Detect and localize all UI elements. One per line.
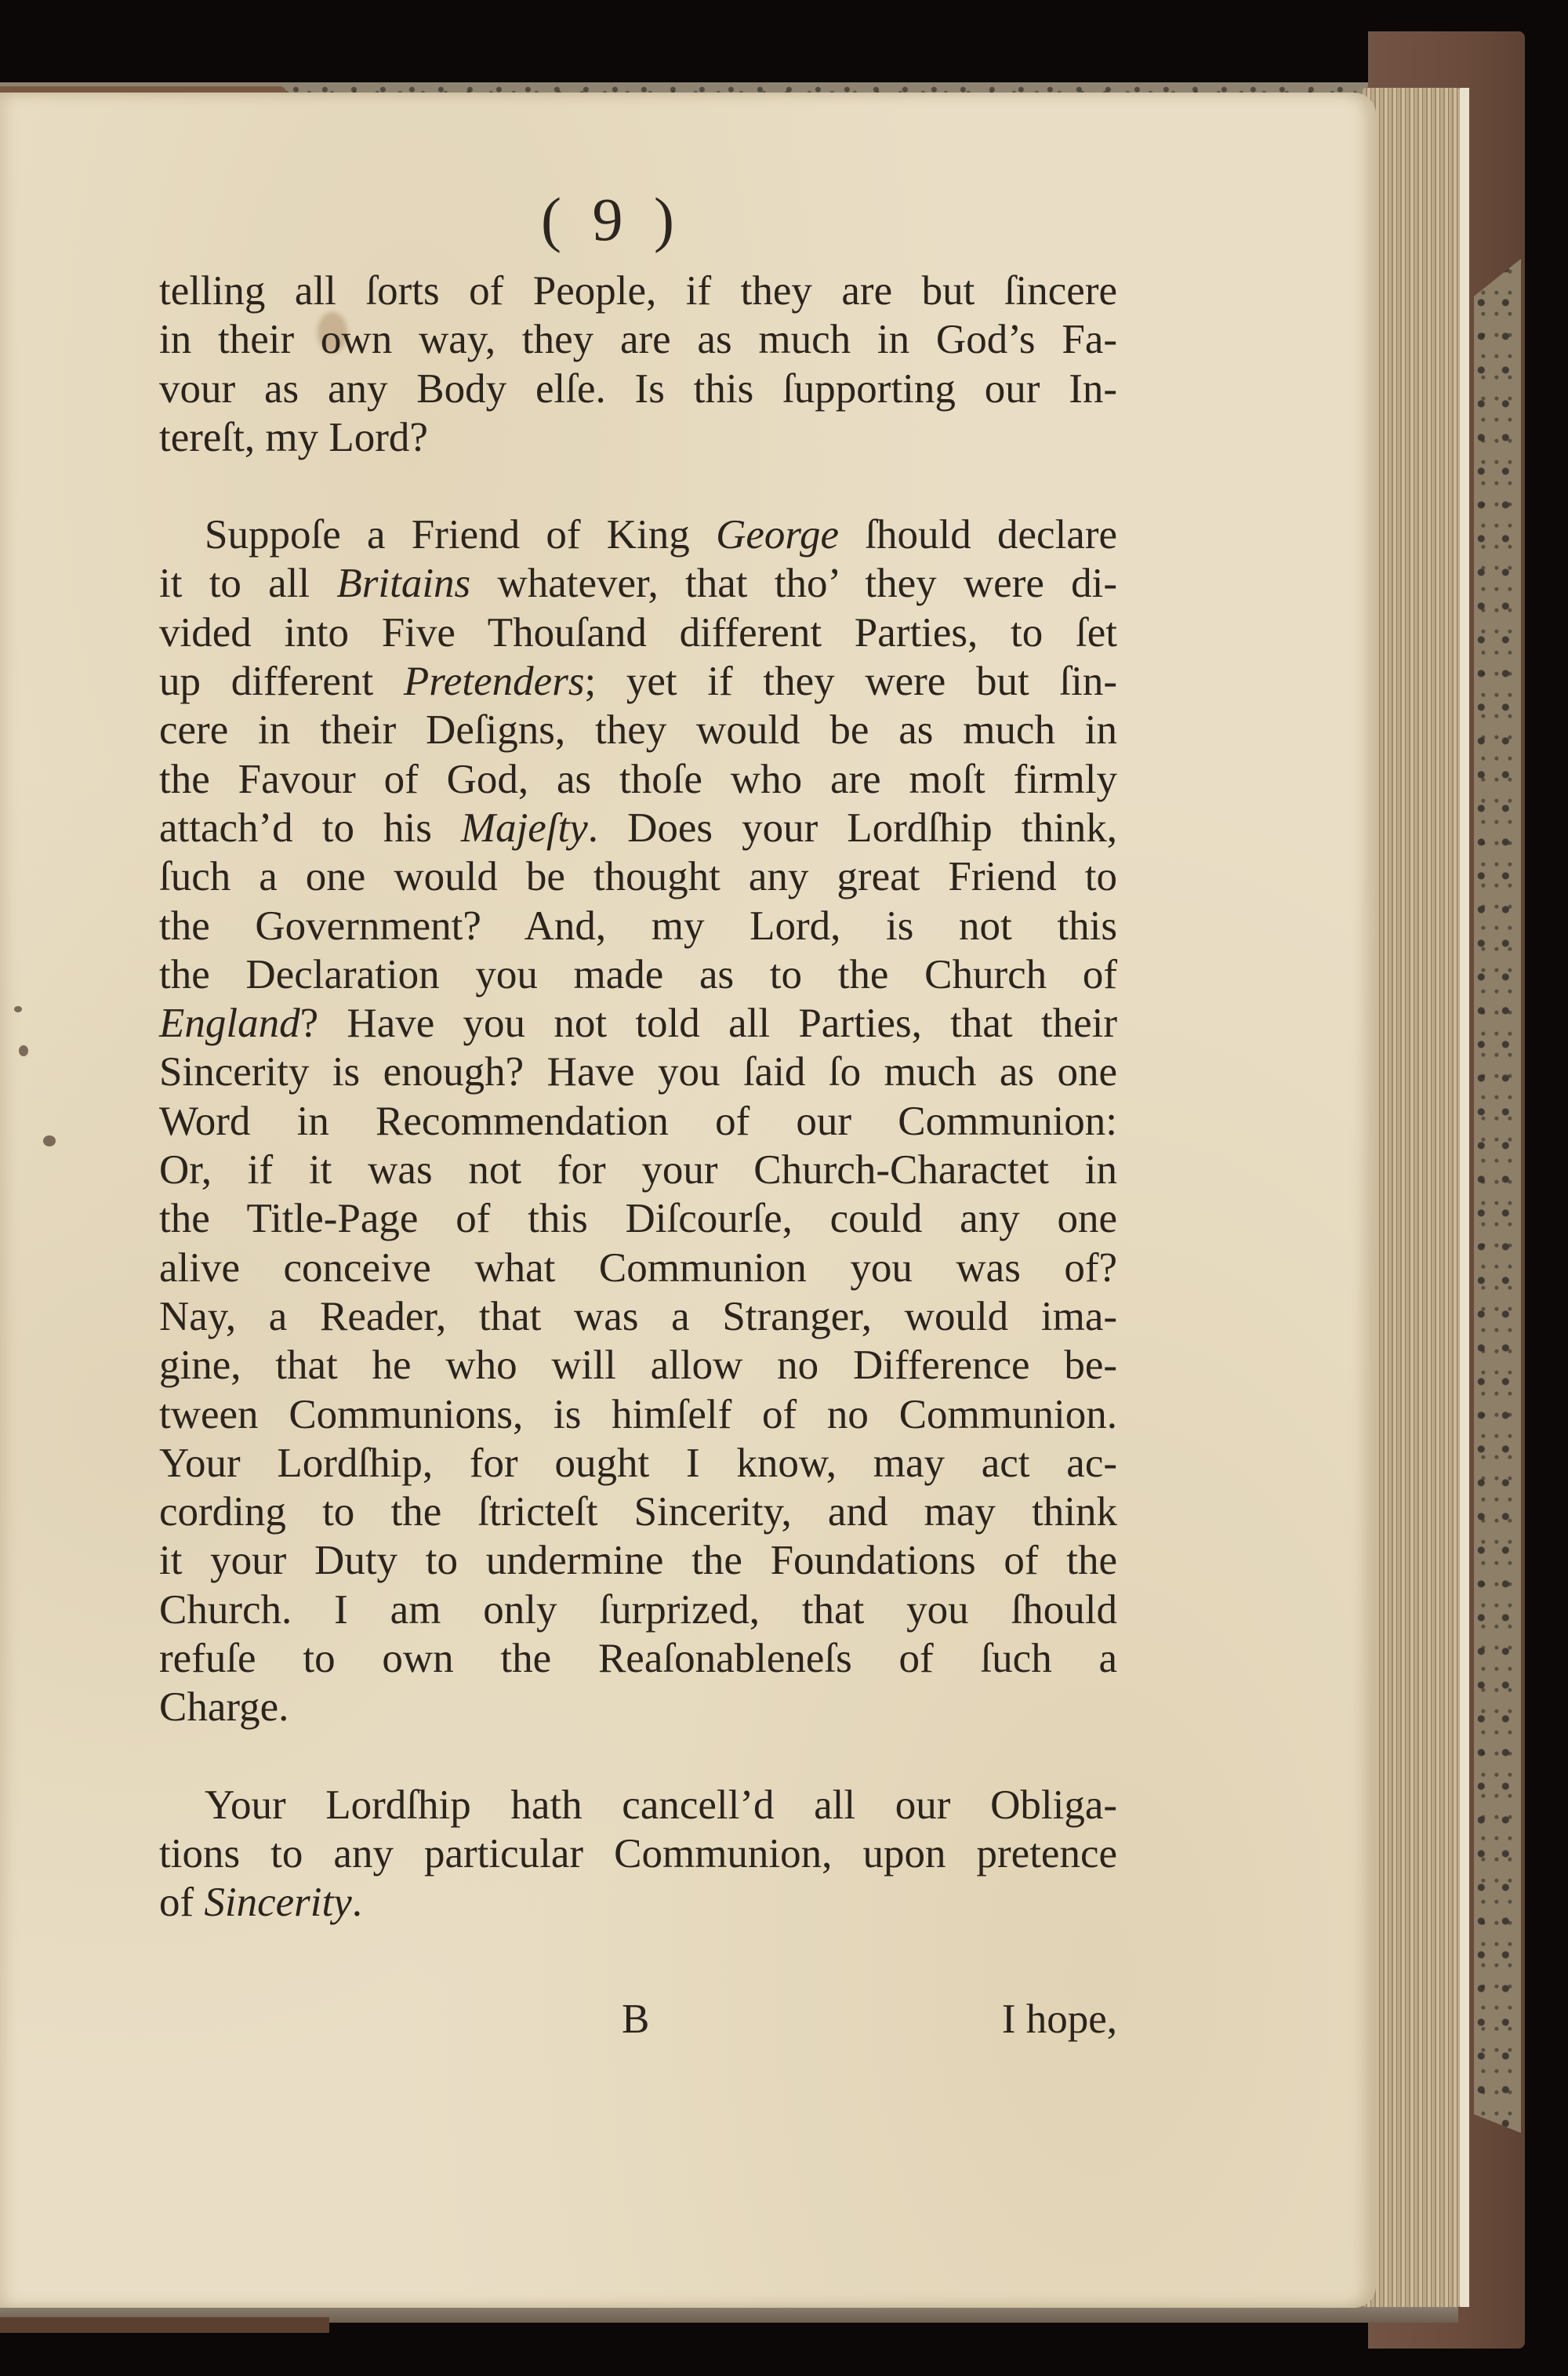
paragraph-gap <box>159 462 1117 510</box>
text-run: telling all ſorts of People, if they are… <box>159 268 1117 314</box>
text-run: whatever, that tho’ they were di- <box>470 561 1117 606</box>
text-line: in their own way, they are as much in Go… <box>159 315 1117 364</box>
signature-mark: B <box>622 1996 649 2043</box>
text-run: cording to the ſtricteſt Sincerity, and … <box>159 1489 1117 1535</box>
text-line: Sincerity is enough? Have you ſaid ſo mu… <box>159 1048 1117 1096</box>
spine-leather-bottom <box>0 2317 329 2333</box>
italic-text: George <box>716 512 839 558</box>
paper-blemish <box>19 1045 28 1056</box>
text-run: Nay, a Reader, that was a Stranger, woul… <box>159 1294 1117 1339</box>
text-line: cording to the ſtricteſt Sincerity, and … <box>159 1488 1117 1536</box>
text-line: Or, if it was not for your Church-Charac… <box>159 1146 1117 1194</box>
paper-blemish <box>14 1006 22 1012</box>
text-run: tween Communions, is himſelf of no Commu… <box>159 1392 1117 1437</box>
text-run: Word in Recommendation of our Communion: <box>159 1099 1117 1144</box>
marbled-cover <box>1474 259 1521 2133</box>
paragraph-gap <box>159 1732 1117 1781</box>
text-run: ſhould declare <box>839 512 1117 558</box>
text-line: refuſe to own the Reaſonableneſs of ſuch… <box>159 1634 1117 1683</box>
text-run: Sincerity is enough? Have you ſaid ſo mu… <box>159 1049 1117 1095</box>
endpaper-edge <box>1460 88 1469 2307</box>
text-run: ? Have you not told all Parties, that th… <box>300 1001 1117 1046</box>
text-run: it your Duty to undermine the Foundation… <box>159 1538 1117 1583</box>
text-run: in their own way, they are as much in Go… <box>159 317 1117 362</box>
text-line: Suppoſe a Friend of King George ſhould d… <box>159 510 1117 559</box>
text-line: vided into Five Thouſand different Parti… <box>159 609 1117 657</box>
text-line: Your Lordſhip, for ought I know, may act… <box>159 1439 1117 1488</box>
italic-text: Britains <box>336 561 470 606</box>
text-run: . Does your Lordſhip think, <box>588 805 1117 851</box>
text-line: England? Have you not told all Parties, … <box>159 999 1117 1048</box>
text-run: the Declaration you made as to the Churc… <box>159 952 1117 997</box>
text-line: the Government? And, my Lord, is not thi… <box>159 902 1117 950</box>
text-run: the Title-Page of this Diſcourſe, could … <box>159 1196 1117 1241</box>
text-line: the Declaration you made as to the Churc… <box>159 950 1117 999</box>
italic-text: Pretenders <box>404 659 585 704</box>
text-run: attach’d to his <box>159 805 461 851</box>
body-text: telling all ſorts of People, if they are… <box>159 267 1117 1927</box>
text-run: Your Lordſhip, for ought I know, may act… <box>159 1440 1117 1486</box>
text-line: it to all Britains whatever, that tho’ t… <box>159 559 1117 608</box>
page-number: ( 9 ) <box>533 184 690 255</box>
text-run: gine, that he who will allow no Differen… <box>159 1342 1117 1388</box>
text-run: Suppoſe a Friend of King <box>205 512 716 558</box>
catchword: I hope, <box>1002 1996 1117 2043</box>
text-run: the Favour of God, as thoſe who are moſt… <box>159 757 1117 802</box>
text-line: Word in Recommendation of our Communion: <box>159 1097 1117 1146</box>
text-run: Church. I am only ſurprized, that you ſh… <box>159 1587 1117 1633</box>
text-line: Your Lordſhip hath cancell’d all our Obl… <box>159 1781 1117 1829</box>
text-run: vour as any Body elſe. Is this ſupportin… <box>159 366 1117 412</box>
text-run: the Government? And, my Lord, is not thi… <box>159 903 1117 949</box>
text-run: Charge. <box>159 1684 289 1730</box>
italic-text: Sincerity <box>204 1880 351 1925</box>
text-line: Church. I am only ſurprized, that you ſh… <box>159 1586 1117 1634</box>
text-line: of Sincerity. <box>159 1878 1117 1927</box>
text-line: the Title-Page of this Diſcourſe, could … <box>159 1194 1117 1243</box>
text-run: tereſt, my Lord? <box>159 415 428 460</box>
text-line: the Favour of God, as thoſe who are moſt… <box>159 755 1117 804</box>
text-line: cere in their Deſigns, they would be as … <box>159 706 1117 754</box>
text-line: tions to any particular Communion, upon … <box>159 1829 1117 1878</box>
text-line: up different Pretenders; yet if they wer… <box>159 657 1117 706</box>
text-line: ſuch a one would be thought any great Fr… <box>159 852 1117 901</box>
text-run: tions to any particular Communion, upon … <box>159 1831 1117 1876</box>
text-run: of <box>159 1880 204 1925</box>
text-run: up different <box>159 659 404 704</box>
text-line: it your Duty to undermine the Foundation… <box>159 1536 1117 1585</box>
italic-text: Majeſty <box>461 805 588 851</box>
text-run: Or, if it was not for your Church-Charac… <box>159 1147 1117 1193</box>
text-run: refuſe to own the Reaſonableneſs of ſuch… <box>159 1636 1117 1681</box>
text-line: tereſt, my Lord? <box>159 413 1117 462</box>
text-line: Charge. <box>159 1683 1117 1731</box>
text-run: Your Lordſhip hath cancell’d all our Obl… <box>205 1782 1117 1828</box>
text-line: Nay, a Reader, that was a Stranger, woul… <box>159 1292 1117 1341</box>
text-line: vour as any Body elſe. Is this ſupportin… <box>159 365 1117 413</box>
text-line: telling all ſorts of People, if they are… <box>159 267 1117 315</box>
text-line: alive conceive what Communion you was of… <box>159 1244 1117 1292</box>
page-stack-edge <box>1363 88 1461 2307</box>
text-line: tween Communions, is himſelf of no Commu… <box>159 1390 1117 1439</box>
text-line: gine, that he who will allow no Differen… <box>159 1341 1117 1390</box>
text-run: cere in their Deſigns, they would be as … <box>159 707 1117 753</box>
paper-blemish <box>43 1135 56 1146</box>
text-run: ; yet if they were but ſin- <box>584 659 1117 704</box>
text-run: vided into Five Thouſand different Parti… <box>159 610 1117 656</box>
text-run: . <box>352 1880 362 1925</box>
text-line: attach’d to his Majeſty. Does your Lordſ… <box>159 804 1117 852</box>
text-run: ſuch a one would be thought any great Fr… <box>159 854 1117 899</box>
italic-text: England <box>159 1001 300 1046</box>
text-run: alive conceive what Communion you was of… <box>159 1245 1117 1291</box>
page-footer: B I hope, <box>159 1996 1117 2051</box>
text-run: it to all <box>159 561 336 606</box>
